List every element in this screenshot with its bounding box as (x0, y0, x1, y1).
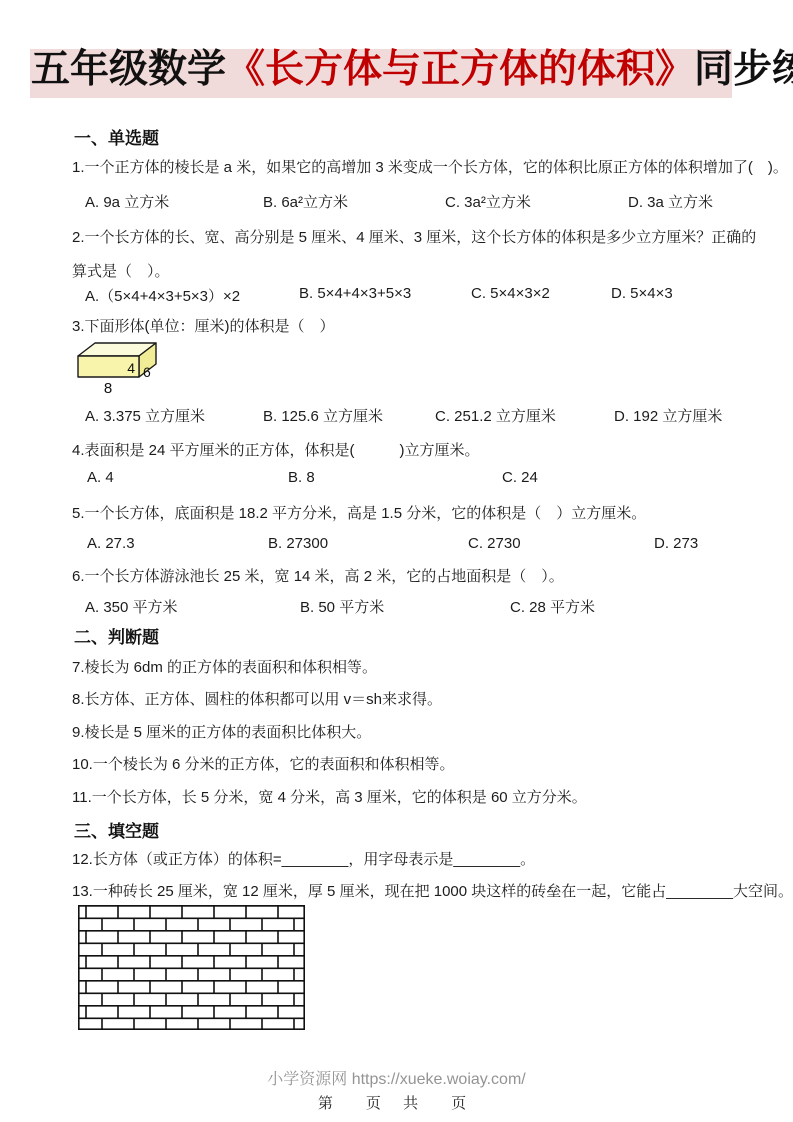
q3-option-a: A. 3.375 立方厘米 (85, 405, 205, 426)
title-grade: 五年级数学 (31, 48, 226, 91)
q2-option-c: C. 5×4×3×2 (471, 285, 550, 302)
q5-option-c: C. 2730 (468, 535, 521, 552)
title-suffix: 同步练习 (694, 48, 793, 91)
question-5-text: 5.一个长方体，底面积是 18.2 平方分米，高是 1.5 分米，它的体积是（ … (72, 502, 646, 523)
q5-option-a: A. 27.3 (87, 535, 135, 552)
q4-option-b: B. 8 (288, 469, 315, 486)
q5-option-d: D. 273 (654, 535, 698, 552)
q2-option-d: D. 5×4×3 (611, 285, 673, 302)
cuboid-height-label: 4 (127, 360, 135, 376)
question-3-options: A. 3.375 立方厘米 B. 125.6 立方厘米 C. 251.2 立方厘… (72, 405, 782, 425)
q3-option-d: D. 192 立方厘米 (614, 405, 722, 426)
question-11-text: 11.一个长方体，长 5 分米，宽 4 分米，高 3 厘米，它的体积是 60 立… (72, 786, 587, 807)
question-13-text: 13.一种砖长 25 厘米，宽 12 厘米，厚 5 厘米，现在把 1000 块这… (72, 880, 793, 901)
question-4-options: A. 4 B. 8 C. 24 (72, 469, 782, 489)
brick-wall-figure (78, 905, 305, 1030)
cuboid-depth-label: 6 (143, 364, 151, 380)
question-12-text: 12.长方体（或正方体）的体积=________，用字母表示是________。 (72, 848, 535, 869)
q1-option-c: C. 3a²立方米 (445, 191, 531, 212)
question-7-text: 7.棱长为 6dm 的正方体的表面积和体积相等。 (72, 656, 377, 677)
footer-page-number: 第 页 共 页 (0, 1092, 793, 1113)
question-6-text: 6.一个长方体游泳池长 25 米，宽 14 米，高 2 米，它的占地面积是（ ）… (72, 565, 564, 586)
footer-site-url: 小学资源网 https://xueke.woiay.com/ (0, 1066, 793, 1089)
cuboid-figure: 4 6 8 (72, 333, 190, 399)
question-6-options: A. 350 平方米 B. 50 平方米 C. 28 平方米 (72, 596, 782, 616)
worksheet-page: 五年级数学《长方体与正方体的体积》同步练习 一、单选题 1.一个正方体的棱长是 … (0, 0, 793, 1122)
question-2-text-line1: 2.一个长方体的长、宽、高分别是 5 厘米、4 厘米、3 厘米，这个长方体的体积… (72, 226, 756, 247)
question-8-text: 8.长方体、正方体、圆柱的体积都可以用 v＝sh来求得。 (72, 688, 442, 709)
q2-option-a: A.（5×4+4×3+5×3）×2 (85, 285, 240, 306)
q5-option-b: B. 27300 (268, 535, 328, 552)
question-1-text: 1.一个正方体的棱长是 a 米，如果它的高增加 3 米变成一个长方体，它的体积比… (72, 156, 788, 177)
q2-option-b: B. 5×4+4×3+5×3 (299, 285, 411, 302)
question-1-options: A. 9a 立方米 B. 6a²立方米 C. 3a²立方米 D. 3a 立方米 (72, 191, 782, 211)
cuboid-length-label: 8 (104, 380, 112, 397)
q1-option-b: B. 6a²立方米 (263, 191, 348, 212)
q1-option-d: D. 3a 立方米 (628, 191, 713, 212)
q1-option-a: A. 9a 立方米 (85, 191, 169, 212)
question-10-text: 10.一个棱长为 6 分米的正方体，它的表面积和体积相等。 (72, 753, 455, 774)
q3-option-b: B. 125.6 立方厘米 (263, 405, 383, 426)
q4-option-a: A. 4 (87, 469, 114, 486)
question-2-options: A.（5×4+4×3+5×3）×2 B. 5×4+4×3+5×3 C. 5×4×… (72, 285, 782, 305)
question-5-options: A. 27.3 B. 27300 C. 2730 D. 273 (72, 535, 782, 555)
q6-option-c: C. 28 平方米 (510, 596, 595, 617)
question-4-text: 4.表面积是 24 平方厘米的正方体，体积是( )立方厘米。 (72, 439, 480, 460)
section-heading-judge: 二、判断题 (74, 623, 159, 648)
section-heading-choice: 一、单选题 (74, 124, 159, 149)
section-heading-fill: 三、填空题 (74, 817, 159, 842)
q3-option-c: C. 251.2 立方厘米 (435, 405, 556, 426)
question-9-text: 9.棱长是 5 厘米的正方体的表面积比体积大。 (72, 721, 371, 742)
title-topic: 《长方体与正方体的体积》 (226, 48, 694, 91)
q6-option-b: B. 50 平方米 (300, 596, 384, 617)
q6-option-a: A. 350 平方米 (85, 596, 178, 617)
question-2-text-line2: 算式是（ ）。 (72, 260, 170, 281)
q4-option-c: C. 24 (502, 469, 538, 486)
page-title: 五年级数学《长方体与正方体的体积》同步练习 (31, 44, 793, 96)
